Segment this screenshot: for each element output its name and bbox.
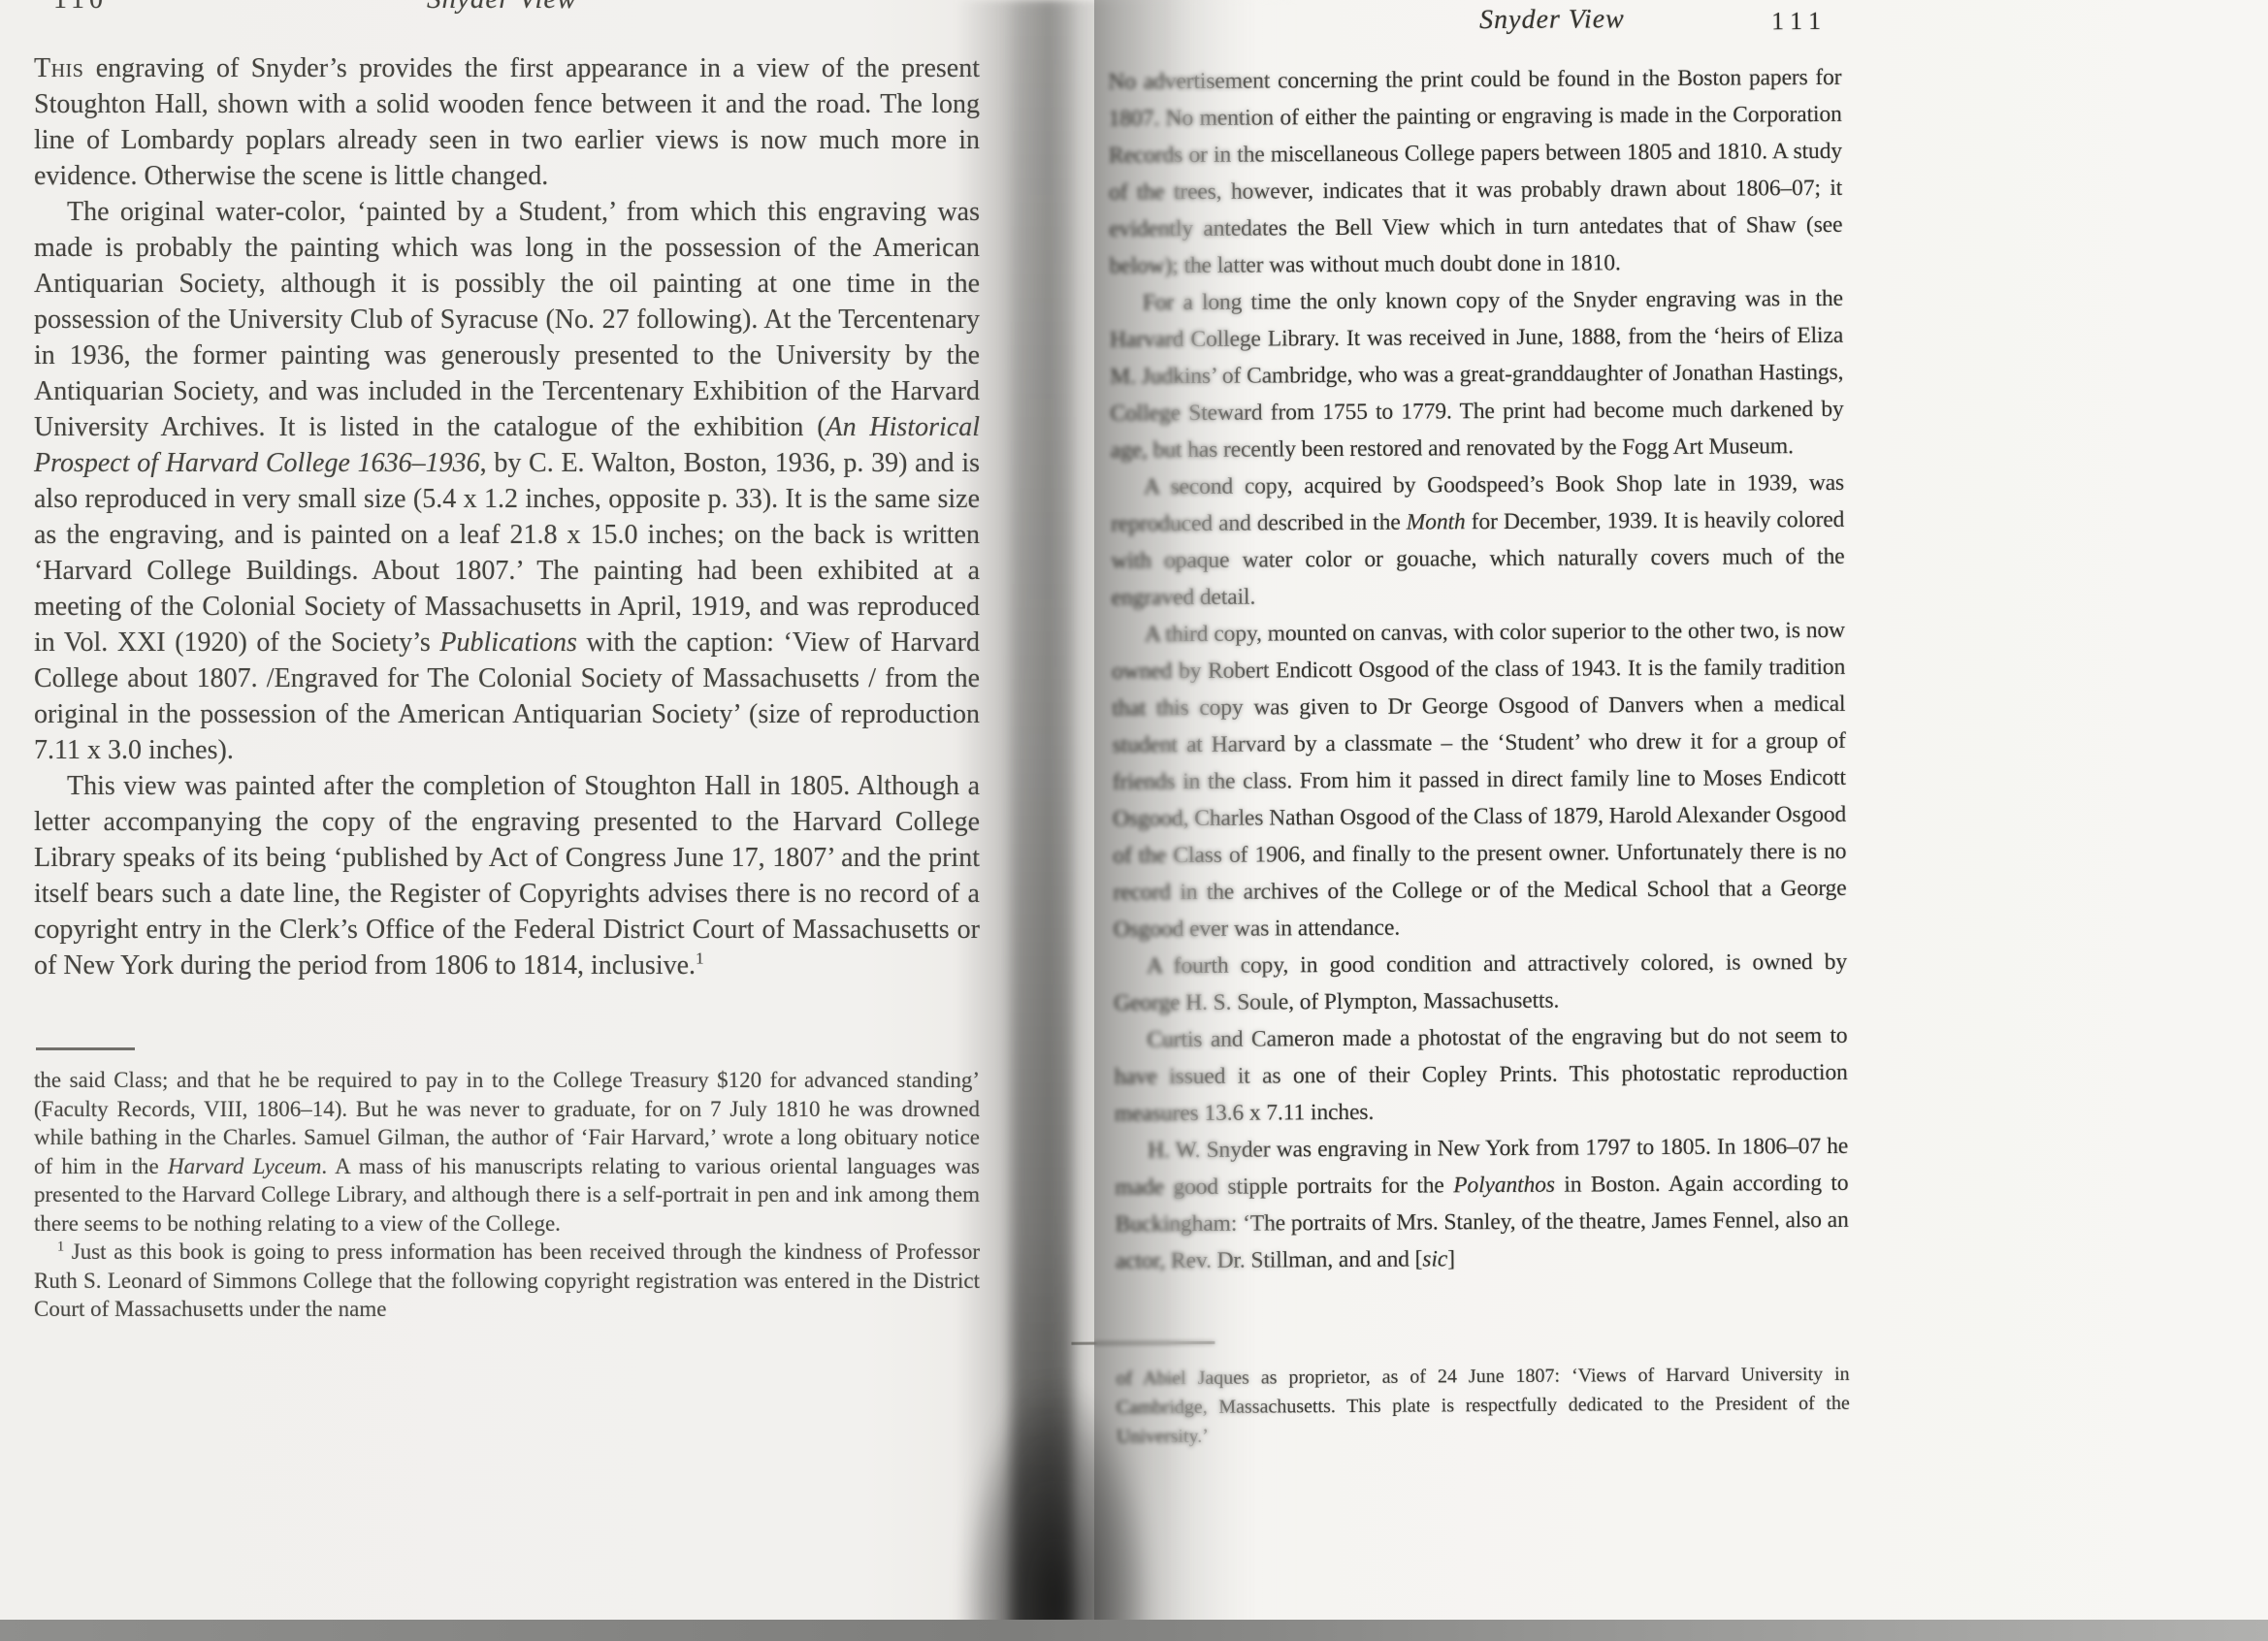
right-page-body: No advertisement concerning the print co… [1108,59,1849,1280]
left-page-body: This engraving of Snyder’s provides the … [34,50,980,983]
right-page: Snyder View 111 No advertisement concern… [1108,0,1850,1451]
paragraph: A third copy, mounted on canvas, with co… [1112,612,1847,949]
running-title-right: Snyder View [1479,4,1625,36]
right-page-footnotes: of Abiel Jaques as proprietor, as of 24 … [1117,1360,1851,1452]
left-page-footnotes: the said Class; and that he be required … [34,1066,980,1324]
paragraph: H. W. Snyder was engraving in New York f… [1115,1128,1849,1280]
paragraph: This view was painted after the completi… [34,768,980,983]
left-page-header: 110 Snyder View [34,0,980,43]
paragraph: Curtis and Cameron made a photostat of t… [1114,1017,1848,1133]
smallcaps-lead: This [34,53,83,83]
paragraph: No advertisement concerning the print co… [1108,59,1842,285]
running-title-left: Snyder View [427,0,577,16]
page-number-left: 110 [53,0,108,16]
right-page-header: Snyder View 111 [1108,0,1841,53]
footnote: the said Class; and that he be required … [34,1066,980,1238]
paragraph: A second copy, acquired by Goodspeed’s B… [1111,465,1845,617]
footnote: of Abiel Jaques as proprietor, as of 24 … [1117,1360,1851,1452]
paragraph: For a long time the only known copy of t… [1110,280,1844,469]
footnote-rule-left [36,1047,135,1050]
scan-edge-band [0,1620,2268,1641]
left-page: 110 Snyder View This engraving of Snyder… [34,0,980,1324]
paragraph: A fourth copy, in good condition and att… [1114,944,1847,1022]
footnote-rule-right [1071,1341,1215,1345]
paragraph: This engraving of Snyder’s provides the … [34,50,980,194]
page-number-right: 111 [1771,7,1828,36]
paragraph: The original water-color, ‘painted by a … [34,194,980,768]
gutter-shadow-core [1011,0,1073,1641]
footnote: 1 Just as this book is going to press in… [34,1238,980,1324]
paragraph-text: engraving of Snyder’s provides the first… [34,53,980,191]
